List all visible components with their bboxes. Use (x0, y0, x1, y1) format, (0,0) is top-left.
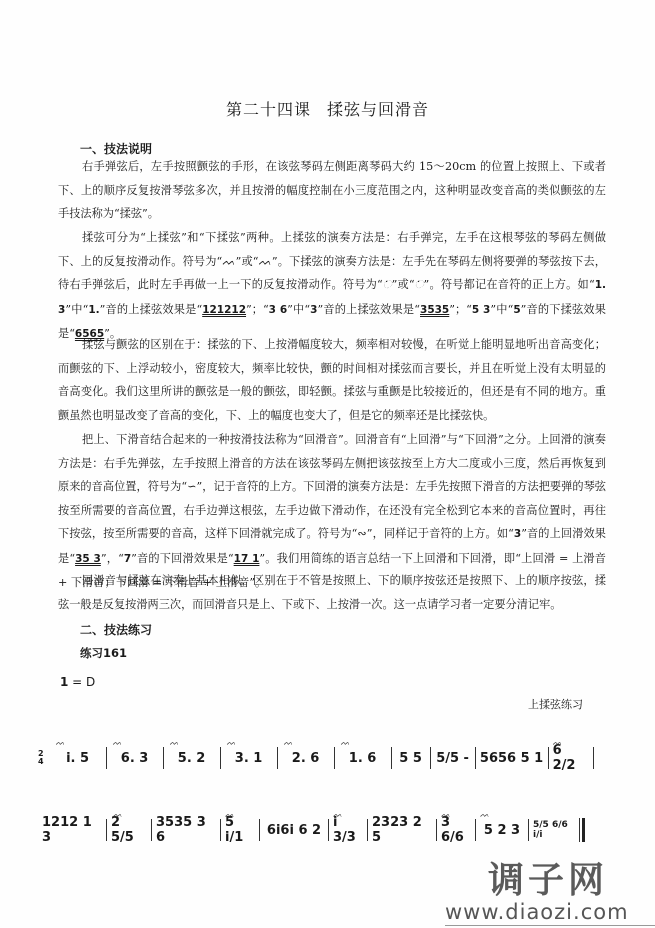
rouxian-ornament-icon: ᨓ (227, 738, 237, 748)
example-notation: 3 6 (269, 304, 287, 316)
measure: ᨓ1. 6 (335, 738, 391, 778)
example-result: 3535 (420, 304, 449, 316)
lower-rouxian-symbol-alt: ᨗ (415, 278, 424, 291)
barline (593, 747, 594, 769)
upper-rouxian-symbol: ᨓ (222, 255, 235, 268)
rouxian-ornament-icon: ᨓ (553, 738, 563, 748)
paragraph-rouxian-types: 揉弦可分为“上揉弦”和“下揉弦”两种。上揉弦的演奏方法是：右手弹完，左手在这根琴… (58, 226, 606, 347)
exercise-subtitle: 上揉弦练习 (528, 696, 583, 712)
watermark-brand: 调子网 (488, 852, 608, 903)
example-notation: 5 3 (472, 304, 490, 316)
divider (445, 925, 655, 926)
measure: ᨓi. 5 (50, 738, 106, 778)
measure: ᨓ3. 1 (221, 738, 277, 778)
measure: 1212 1 3 (38, 810, 106, 850)
rouxian-ornament-icon: ᨓ (113, 738, 123, 748)
key-signature: 1 = D (60, 675, 95, 689)
notation-row-1: 2 4 ᨓi. 5 ᨓ6. 3 ᨓ5. 2 ᨓ3. 1 ᨓ2. 6 ᨓ1. 6 … (38, 738, 608, 778)
lesson-topic: 揉弦与回滑音 (327, 100, 429, 119)
time-signature: 2 4 (38, 750, 44, 766)
rouxian-ornament-icon: ᨓ (441, 810, 451, 820)
rouxian-ornament-icon: ᨓ (341, 738, 351, 748)
lesson-number: 第二十四课 (226, 100, 311, 119)
final-barline (579, 818, 585, 842)
measure: 5656 5 1 (476, 738, 548, 778)
measure: ᨓ6 2/2 (549, 738, 593, 778)
measure: ᨓ2 5/5 (107, 810, 151, 850)
measure: 5/5 - (431, 738, 475, 778)
measure: ᨓ5. 2 (164, 738, 220, 778)
rouxian-ornament-icon: ᨓ (225, 810, 235, 820)
rouxian-ornament-icon: ᨓ (333, 810, 343, 820)
rouxian-ornament-icon: ᨓ (480, 810, 490, 820)
upper-rouxian-symbol-alt: ᨓ (259, 255, 272, 268)
exercise-label: 练习161 (80, 645, 127, 661)
notation-row-2: 1212 1 3 ᨓ2 5/5 3535 3 6 ᨓ5 i/1 6i6i 6 2… (38, 810, 608, 850)
measure: ᨓ5 i/1 (221, 810, 259, 850)
lesson-title: 第二十四课揉弦与回滑音 (0, 97, 655, 120)
paragraph-comparison: 回滑音与揉弦在演奏上基本相似，区别在于不管是按照上、下的顺序按弦还是按照下、上的… (58, 569, 606, 616)
rouxian-ornament-icon: ᨓ (113, 810, 123, 820)
watermark-url: www.diaozi.com (445, 900, 629, 924)
lower-rouxian-symbol: ᨗ (383, 278, 392, 291)
paragraph-rouxian-vs-chanxian: 揉弦与颤弦的区别在于：揉弦的下、上按滑幅度较大，频率相对较慢，在听觉上能明显地听… (58, 333, 606, 427)
example-result: 121212 (202, 304, 246, 316)
section-heading-practice: 二、技法练习 (80, 621, 152, 638)
measure: 3535 3 6 (152, 810, 220, 850)
rouxian-ornament-icon: ᨓ (56, 738, 66, 748)
rouxian-ornament-icon: ᨓ (170, 738, 180, 748)
example-result: 35 3 (75, 553, 101, 565)
rouxian-ornament-icon: ᨓ (284, 738, 294, 748)
measure: ᨓ6. 3 (107, 738, 163, 778)
measure: 5/5 6/6 i/i (529, 810, 577, 850)
measure: ᨓ2. 6 (278, 738, 334, 778)
measure: 2323 2 5 (368, 810, 436, 850)
measure: ᨓ3 6/6 (437, 810, 475, 850)
example-result: 17 1 (234, 553, 260, 565)
paragraph-rouxian-definition: 右手弹弦后，左手按照颤弦的手形，在该弦琴码左侧距离琴码大约 15～20cm 的位… (58, 155, 606, 226)
measure: ᨓ5 2 3 (476, 810, 528, 850)
measure: ᨓi 3/3 (329, 810, 367, 850)
measure: 5 5 (392, 738, 430, 778)
measure: 6i6i 6 2 (260, 810, 328, 850)
